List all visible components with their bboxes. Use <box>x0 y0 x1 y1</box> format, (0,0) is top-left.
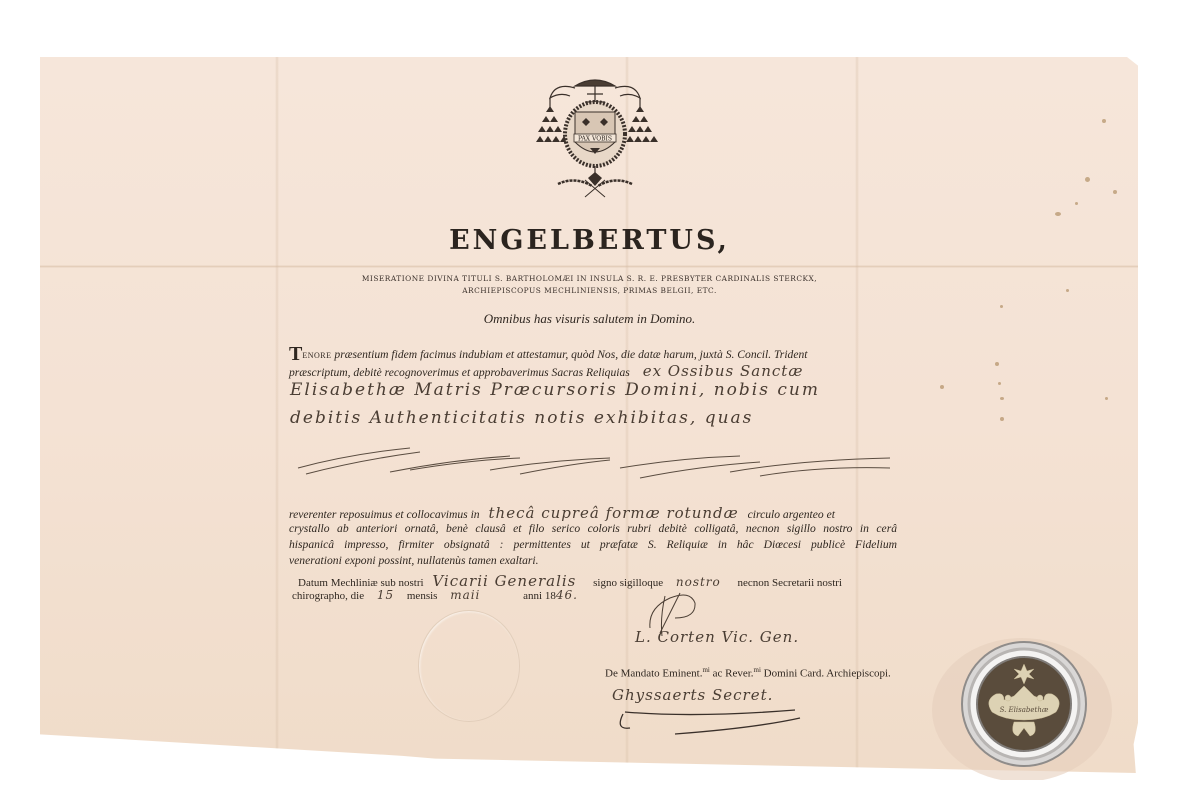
signature-vicar-general: L. Corten Vic. Gen. <box>635 628 799 646</box>
body-line-2: præscriptum, debitè recognoverimus et ap… <box>289 362 803 380</box>
svg-text:PAX VOBIS: PAX VOBIS <box>578 136 612 143</box>
document-heading: ENGELBERTUS, <box>0 225 1179 256</box>
filler-strokes <box>290 440 890 480</box>
foxing-spot <box>1113 190 1117 194</box>
subtitle-line-1: MISERATIONE DIVINA TITULI S. BARTHOLOMÆI… <box>0 274 1179 283</box>
handwritten-text: ex Ossibus Sanctæ <box>643 362 804 380</box>
horizontal-fold <box>40 265 1138 268</box>
svg-text:S. Elisabethæ: S. Elisabethæ <box>1000 706 1049 714</box>
foxing-spot <box>1000 397 1004 400</box>
foxing-spot <box>1105 397 1108 400</box>
handwritten-day: 15 <box>377 588 394 602</box>
vertical-fold <box>275 57 279 773</box>
foxing-spot <box>1075 202 1078 205</box>
foxing-spot <box>1000 305 1003 308</box>
foxing-spot <box>995 362 999 366</box>
handwritten-text: nostro <box>676 575 721 589</box>
body-line-8: venerationi exponi possint, nullatenùs t… <box>289 554 539 567</box>
reliquary-theca-icon: S. Elisabethæ <box>922 630 1118 780</box>
handwritten-text: thecâ cupreâ formæ rotundæ <box>489 504 739 522</box>
mandato-line: De Mandato Eminent.mi ac Rever.mi Domini… <box>605 666 891 680</box>
body-line-6: crystallo ab anteriori ornatâ, benè clau… <box>289 522 897 535</box>
handwritten-year: 46. <box>556 588 578 602</box>
handwritten-month: maii <box>450 588 480 602</box>
embossed-seal <box>418 610 520 722</box>
foxing-spot <box>1055 212 1061 216</box>
body-line-5: reverenter reposuimus et collocavimus in… <box>289 504 835 522</box>
foxing-spot <box>940 385 944 389</box>
foxing-spot <box>122 767 125 770</box>
foxing-spot <box>1102 119 1106 123</box>
signature-underline-icon <box>615 700 815 740</box>
datum-line-2: chirographo, die 15 mensis maii anni 184… <box>292 588 578 602</box>
foxing-spot <box>1000 417 1004 421</box>
handwritten-line-4: debitis Authenticitatis notis exhibitas,… <box>290 408 753 428</box>
foxing-spot <box>998 382 1001 385</box>
body-line-7: hispanicâ impresso, firmiter obsignatâ :… <box>289 538 897 551</box>
foxing-spot <box>1085 177 1090 182</box>
coat-of-arms-icon: PAX VOBIS <box>530 72 660 217</box>
greeting: Omnibus has visuris salutem in Domino. <box>0 311 1179 327</box>
subtitle-line-2: ARCHIEPISCOPUS MECHLINIENSIS, PRIMAS BEL… <box>0 286 1179 295</box>
handwritten-line-3: Elisabethæ Matris Præcursoris Domini, no… <box>290 380 820 400</box>
